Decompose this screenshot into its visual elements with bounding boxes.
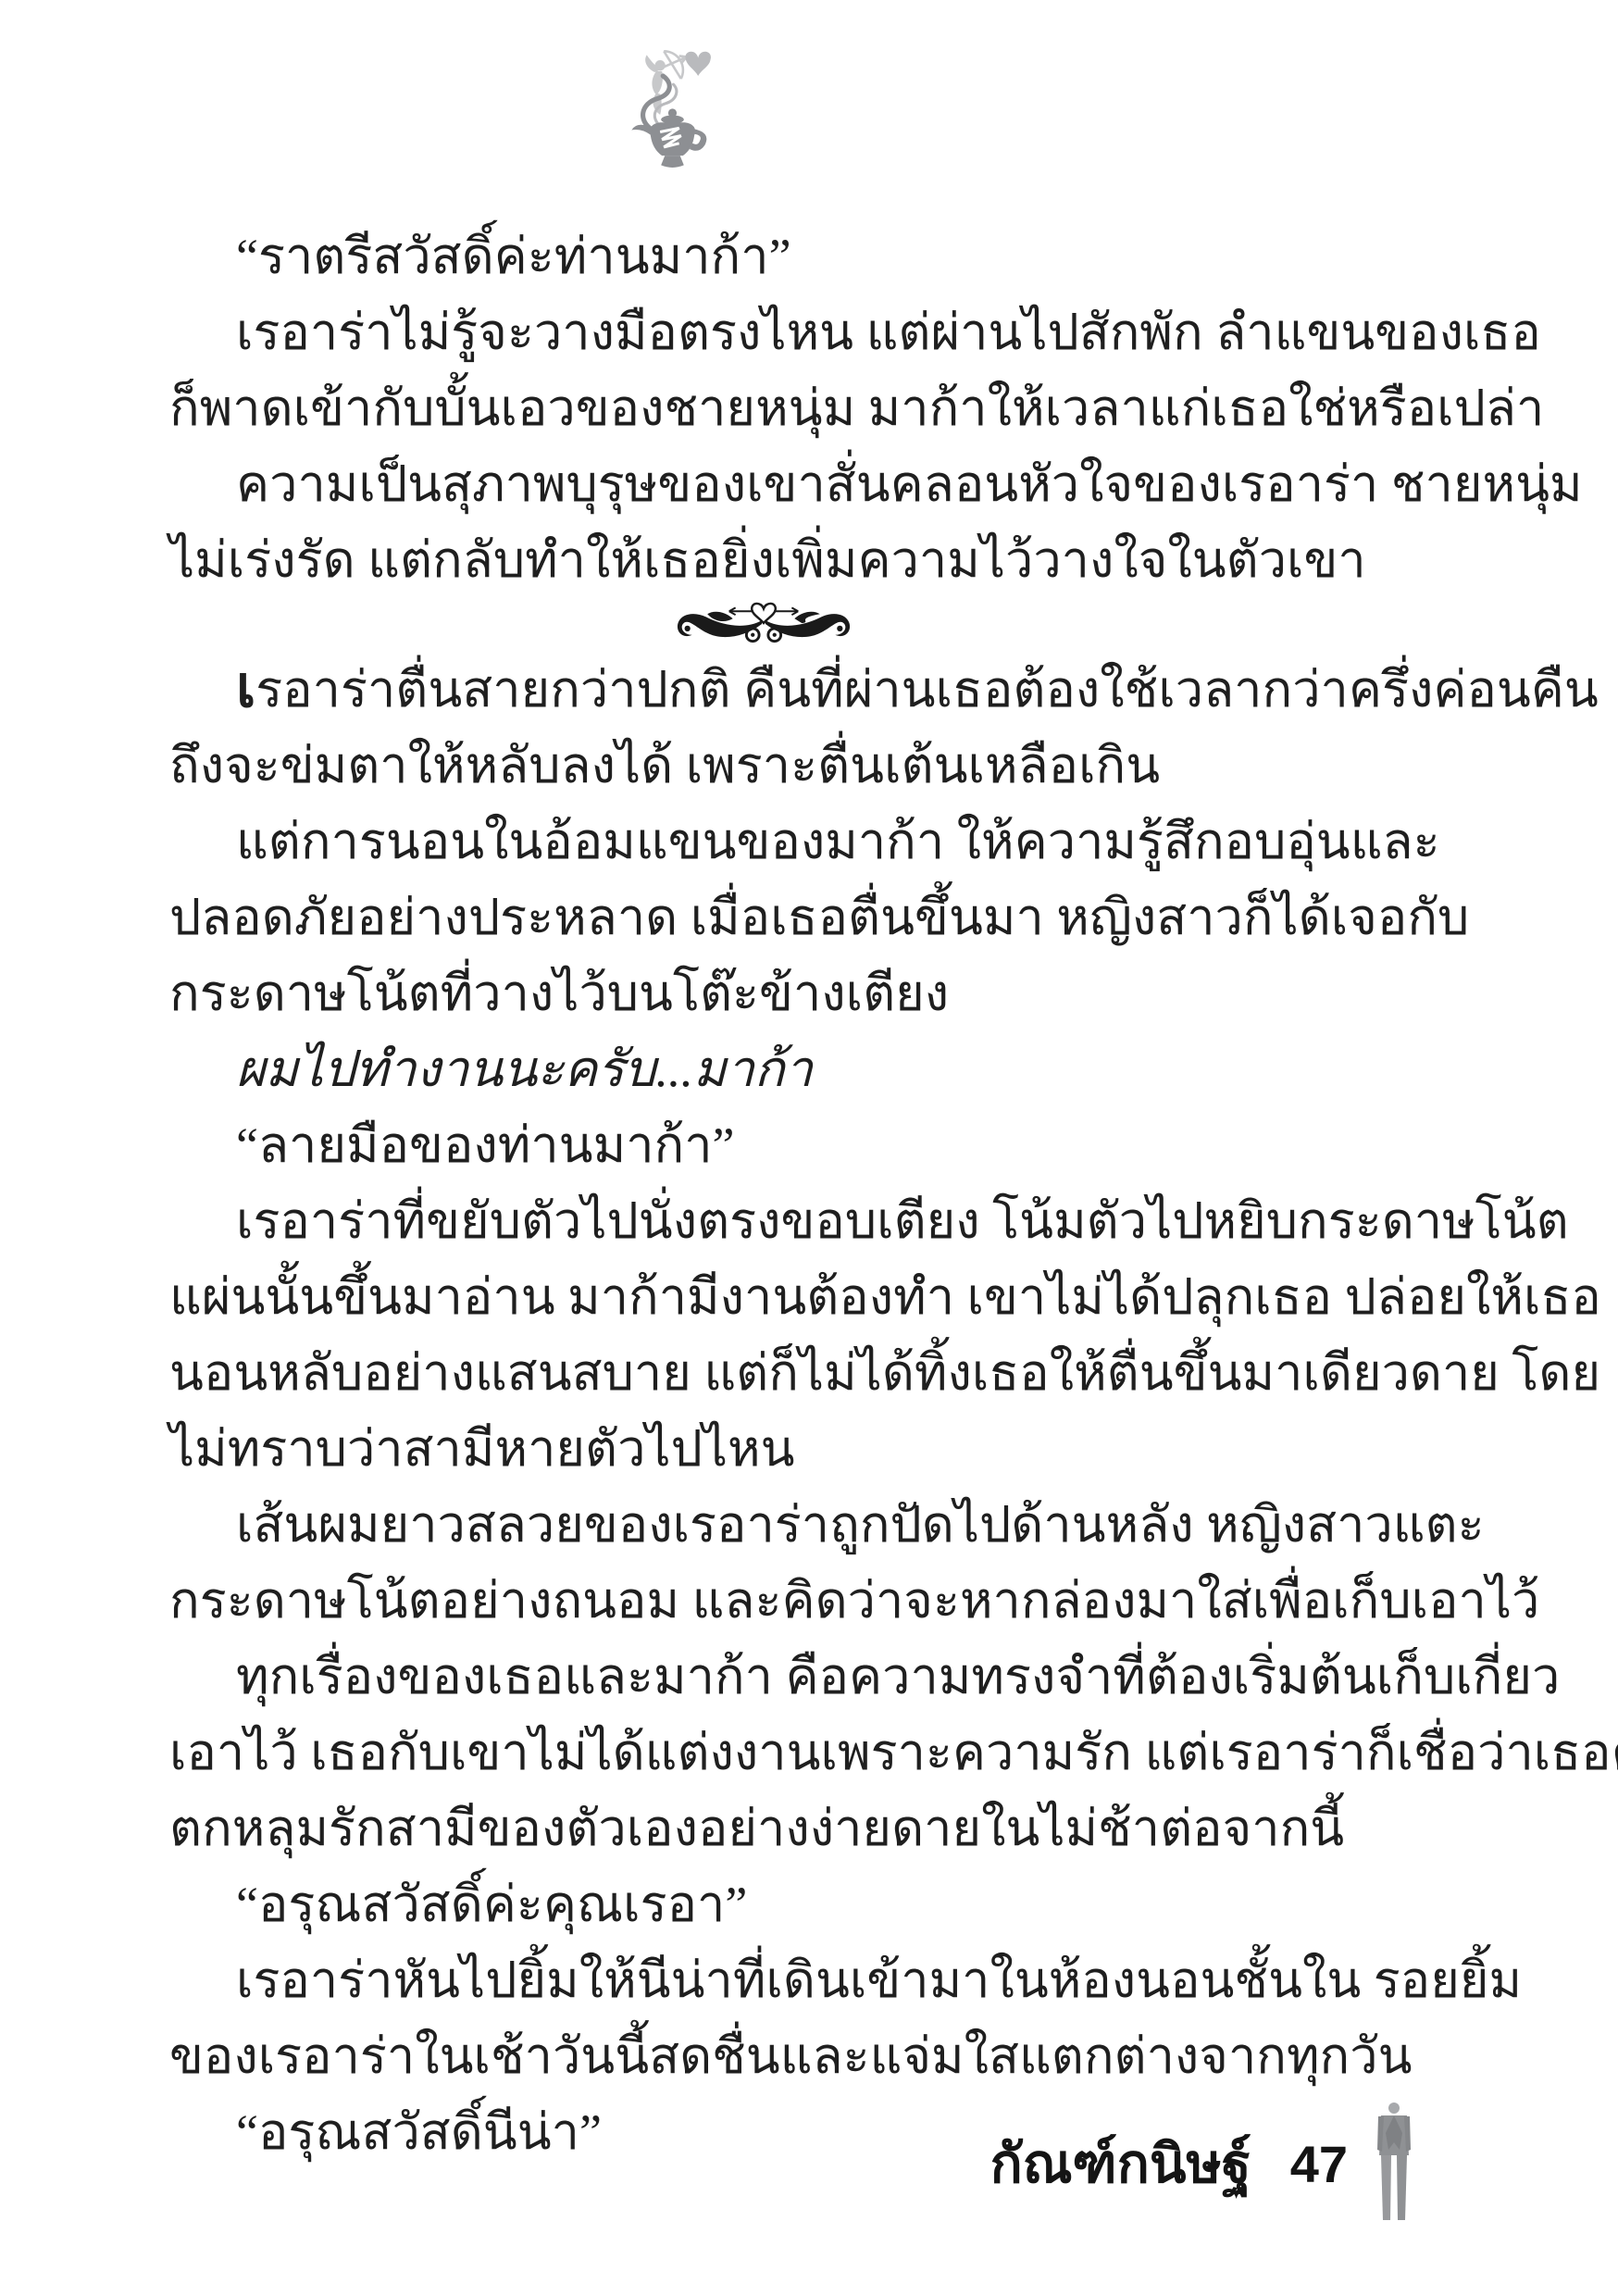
text-line: เรอาร่าไม่รู้จะวางมือตรงไหน แต่ผ่านไปสัก…: [169, 294, 1449, 370]
text-line: ไม่เร่งรัด แต่กลับทำให้เธอยิ่งเพิ่มความไ…: [169, 522, 1449, 598]
text-line: ถึงจะข่มตาให้หลับลงได้ เพราะตื่นเต้นเหลื…: [169, 728, 1449, 804]
text-line: ตกหลุมรักสามีของตัวเองอย่างง่ายดายในไม่ช…: [169, 1791, 1449, 1866]
text-line: ทุกเรื่องของเธอและมาก้า คือความทรงจำที่ต…: [169, 1639, 1449, 1715]
page-number: 47: [1290, 2134, 1348, 2194]
genie-lamp-cupid-logo-icon: [618, 41, 728, 174]
suited-man-figure-icon: [1375, 2102, 1413, 2224]
text-line: “ราตรีสวัสดิ์ค่ะท่านมาก้า”: [169, 218, 1449, 294]
page-footer: กัณฑ์กนิษฐ์ 47: [990, 2100, 1413, 2226]
text-line: ปลอดภัยอย่างประหลาด เมื่อเธอตื่นขึ้นมา ห…: [169, 880, 1449, 955]
text-line: แผ่นนั้นขึ้นมาอ่าน มาก้ามีงานต้องทำ เขาไ…: [169, 1259, 1449, 1335]
text-line: “อรุณสวัสดิ์ค่ะคุณเรอา”: [169, 1866, 1449, 1942]
text-line: นอนหลับอย่างแสนสบาย แต่ก็ไม่ได้ทิ้งเธอให…: [169, 1335, 1449, 1411]
footer-text: กัณฑ์กนิษฐ์ 47: [990, 2120, 1348, 2206]
book-page: “ราตรีสวัสดิ์ค่ะท่านมาก้า” เรอาร่าไม่รู้…: [0, 0, 1618, 2296]
text-line: เรอาร่าหันไปยิ้มให้นีน่าที่เดินเข้ามาในห…: [169, 1942, 1449, 2018]
text-line: ของเรอาร่าในเช้าวันนี้สดชื่นและแจ่มใสแตก…: [169, 2018, 1449, 2094]
text-line: ไม่ทราบว่าสามีหายตัวไปไหน: [169, 1411, 1449, 1487]
text-line: กระดาษโน้ตอย่างถนอม และคิดว่าจะหากล่องมา…: [169, 1563, 1449, 1639]
book-title: กัณฑ์กนิษฐ์: [990, 2120, 1251, 2206]
text-line-rest: รอาร่าตื่นสายกว่าปกติ คืนที่ผ่านเธอต้องใ…: [255, 662, 1599, 717]
paragraph-dropcap: เ: [236, 656, 255, 719]
text-line: กระดาษโน้ตที่วางไว้บนโต๊ะข้างเตียง: [169, 955, 1449, 1031]
story-text-block: “ราตรีสวัสดิ์ค่ะท่านมาก้า” เรอาร่าไม่รู้…: [169, 218, 1449, 2170]
handwritten-note-line: ผมไปทำงานนะครับ...มาก้า: [169, 1031, 1449, 1107]
text-line: ก็พาดเข้ากับบั้นเอวของชายหนุ่ม มาก้าให้เ…: [169, 370, 1449, 446]
text-line: เส้นผมยาวสลวยของเรอาร่าถูกปัดไปด้านหลัง …: [169, 1487, 1449, 1563]
text-line: แต่การนอนในอ้อมแขนของมาก้า ให้ความรู้สึก…: [169, 804, 1449, 880]
text-line: “ลายมือของท่านมาก้า”: [169, 1107, 1449, 1183]
text-line: ความเป็นสุภาพบุรุษของเขาสั่นคลอนหัวใจของ…: [169, 446, 1449, 522]
text-line: เรอาร่าตื่นสายกว่าปกติ คืนที่ผ่านเธอต้อง…: [169, 650, 1449, 728]
text-line: เรอาร่าที่ขยับตัวไปนั่งตรงขอบเตียง โน้มต…: [169, 1183, 1449, 1259]
heart-arrow-flourish-divider-icon: [673, 598, 854, 650]
text-line: เอาไว้ เธอกับเขาไม่ได้แต่งงานเพราะความรั…: [169, 1715, 1449, 1791]
